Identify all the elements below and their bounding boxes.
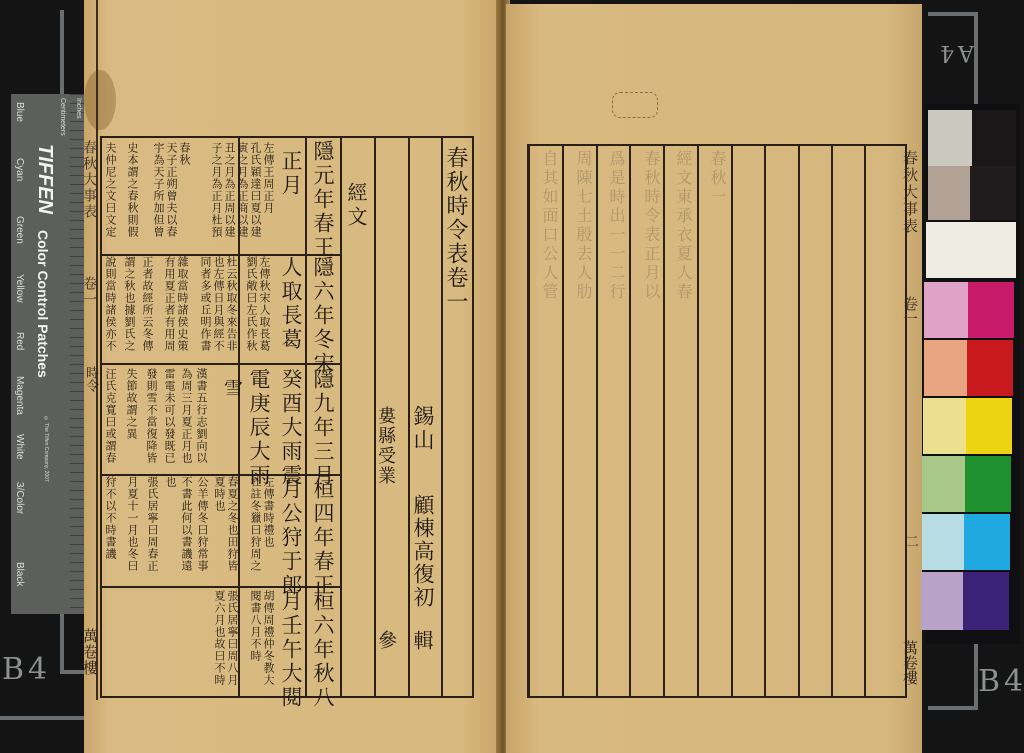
entry-4-note: 也 — [164, 476, 176, 488]
backdrop-frame-left-bottom — [0, 716, 90, 720]
color-control-ruler: Inches Centimeters TIFFEN Color Control … — [11, 94, 84, 614]
entry-4-main: 桓四年春正 — [312, 478, 333, 598]
collator-place: 婁縣受業 — [376, 406, 394, 486]
entry-2-main: 隱六年冬宋 — [312, 256, 333, 376]
patch-label-green: Green — [14, 216, 25, 244]
patch-green — [965, 456, 1011, 512]
patch-label-black: Black — [14, 562, 25, 586]
entry-3-note: 雷電未可以發既已 — [163, 368, 175, 464]
entry-1-note: 史本謂之春秋則假 — [126, 142, 138, 238]
margin-publisher: 萬卷樓 — [82, 628, 97, 676]
plate-label-left: B4 — [2, 652, 51, 687]
tiffen-brand: TIFFEN — [33, 144, 56, 214]
bleedthrough-text: 爲是時出一一二行 — [605, 150, 628, 302]
wormhole-stain — [612, 92, 658, 118]
entry-2-note: 也左傳日月與經不 — [212, 256, 224, 352]
entry-4-note: 春夏之冬也田狩皆 — [226, 476, 238, 572]
entry-1-main: 隱元年春王 — [312, 140, 333, 260]
entry-2-sub: 人取長葛 — [280, 256, 301, 352]
entry-4-note: 不書此何以書譏遠 — [180, 476, 192, 572]
plate-label-top: A4 — [936, 40, 974, 65]
right-margin-publisher: 萬卷樓 — [902, 640, 917, 685]
entry-3-note: 失節故謂之異 — [125, 368, 137, 440]
entry-3-sub: 癸酉大雨震 — [280, 368, 301, 488]
tiffen-title: Color Control Patches — [35, 230, 51, 378]
entry-2-note: 左傳秋宋人取長葛 — [258, 256, 270, 352]
entry-5-note: 夏六月也故曰不時 — [213, 590, 225, 686]
ruler-unit-inches: Inches — [75, 98, 82, 119]
patch-black — [970, 166, 1016, 220]
entry-2-note: 謂之秋也據劉氏之 — [123, 256, 135, 352]
entry-1-note: 春秋 — [178, 142, 190, 166]
entry-4-note: 狩不以不時書譏 — [104, 476, 116, 560]
entry-2-note: 杜云秋取冬來告非 — [225, 256, 237, 352]
patch-tan — [928, 166, 970, 220]
patch-yellow — [966, 398, 1012, 454]
entry-1-note: 寅之月為正商以建 — [236, 142, 248, 238]
entry-5-main: 桓六年秋八 — [312, 590, 333, 710]
entry-3-main: 隱九年三月 — [312, 368, 333, 488]
entry-1-note: 夫仲尼之文曰文定 — [104, 142, 116, 238]
patch-light-yellow — [923, 398, 966, 454]
patch-label-3color: 3/Color — [14, 482, 25, 514]
patch-light-gray — [928, 110, 972, 166]
tiffen-copyright: © The Tiffen Company, 2007 — [43, 416, 49, 482]
page-stain — [84, 70, 116, 130]
compiler-place: 錫山 — [412, 405, 433, 453]
entry-1-sub: 正月 — [280, 150, 301, 198]
entry-4-sub: 月公狩于郎 — [280, 478, 301, 598]
patch-dark-gray — [972, 110, 1016, 166]
entry-3-note: 發則雪不當復降皆 — [145, 368, 157, 464]
entry-4-note: 月夏十一月也冬曰 — [126, 476, 138, 572]
patch-light-green — [922, 456, 965, 512]
book-title: 春秋時令表卷一 — [444, 146, 466, 314]
entry-1-note: 左傳王周正月 — [262, 142, 274, 214]
bleedthrough-text: 春秋一 — [706, 150, 729, 207]
entry-1-note: 孔氏穎達曰夏以建 — [249, 142, 261, 238]
entry-4-note: 公羊傳冬曰狩常事 — [196, 476, 208, 572]
bleedthrough-text: 自其如面口公人管 — [538, 150, 561, 302]
ruler-tick-edge — [70, 94, 84, 614]
entry-4-note: 張氏居寧曰周春正 — [146, 476, 158, 572]
patch-blue — [963, 572, 1009, 630]
patch-label-cyan: Cyan — [14, 158, 25, 181]
patch-light-red — [924, 340, 967, 396]
entry-2-note: 同者多或丘明作書 — [199, 256, 211, 352]
entry-5-note: 張氏居寧曰周八月 — [226, 590, 238, 686]
margin-section: 時令 — [84, 366, 97, 392]
entry-1-note: 子之月為正月杜預 — [210, 142, 222, 238]
right-margin-volume: 卷一 — [902, 296, 917, 326]
compiler-name: 顧棟高復初 — [412, 494, 433, 609]
entry-2-note: 雜取當時諸侯史策 — [176, 256, 188, 352]
collator-role: 參 — [376, 630, 395, 649]
entry-2-note: 正者故經所云冬傳 — [141, 256, 153, 352]
patch-light-magenta — [924, 282, 968, 338]
entry-2-note: 有用夏正者有用周 — [163, 256, 175, 352]
entry-4-note: 左傳書時禮也 — [262, 476, 274, 548]
bleedthrough-text: 經文東承衣夏人春 — [672, 150, 695, 302]
patch-label-blue: Blue — [14, 102, 25, 122]
margin-book-title: 春秋大事表 — [82, 140, 96, 220]
entry-1-note: 宇為天子所加但曾 — [152, 142, 164, 238]
entry-1-note: 丑之月為正周以建 — [223, 142, 235, 238]
entry-1-note: 天子正朔曾夫以春 — [165, 142, 177, 238]
plate-label-right: B4 — [978, 664, 1024, 699]
section-heading-jingwen: 經文 — [346, 182, 366, 230]
right-margin-title: 春秋大事表 — [902, 150, 917, 235]
entry-4-note: 夏時也 — [213, 476, 225, 512]
entry-5-sub: 月壬午大閱 — [280, 590, 301, 710]
entry-3-note: 汪氏克寬曰或謂春 — [104, 368, 116, 464]
patch-light-cyan — [922, 514, 964, 570]
patch-light-blue — [921, 572, 963, 630]
bleedthrough-text: 春秋時令表正月以 — [640, 150, 663, 302]
patch-label-yellow: Yellow — [14, 274, 25, 303]
compiler-role: 輯 — [412, 630, 432, 650]
entry-5-note: 閱書八月不時 — [249, 590, 261, 662]
patch-magenta — [968, 282, 1014, 338]
bleedthrough-text: 周陳七土殷去人肋 — [572, 150, 595, 302]
entry-3-sub3: 雪 — [222, 378, 241, 400]
entry-4-note: 杜註冬獵曰狩周之 — [249, 476, 261, 572]
entry-3-note: 為周三月夏正月也 — [180, 368, 192, 464]
patch-red — [967, 340, 1013, 396]
patch-label-white: White — [14, 434, 25, 460]
patch-label-magenta: Magenta — [14, 376, 25, 415]
entry-3-note: 漢書五行志劉向以 — [195, 368, 207, 464]
entry-2-note: 說則當時諸侯亦不 — [104, 256, 116, 352]
entry-2-note: 劉氏敞曰左氏作秋 — [245, 256, 257, 352]
entry-5-note: 胡傳周禮仲冬教大 — [262, 590, 274, 686]
patch-white — [926, 222, 1016, 278]
right-margin-page: 二 — [904, 534, 918, 548]
patch-label-red: Red — [14, 332, 25, 350]
left-margin-rule — [96, 0, 98, 700]
margin-volume: 卷一 — [82, 276, 96, 308]
ruler-unit-cm: Centimeters — [59, 98, 66, 136]
entry-3-sub2: 電庚辰大雨 — [248, 368, 269, 488]
patch-cyan — [964, 514, 1010, 570]
